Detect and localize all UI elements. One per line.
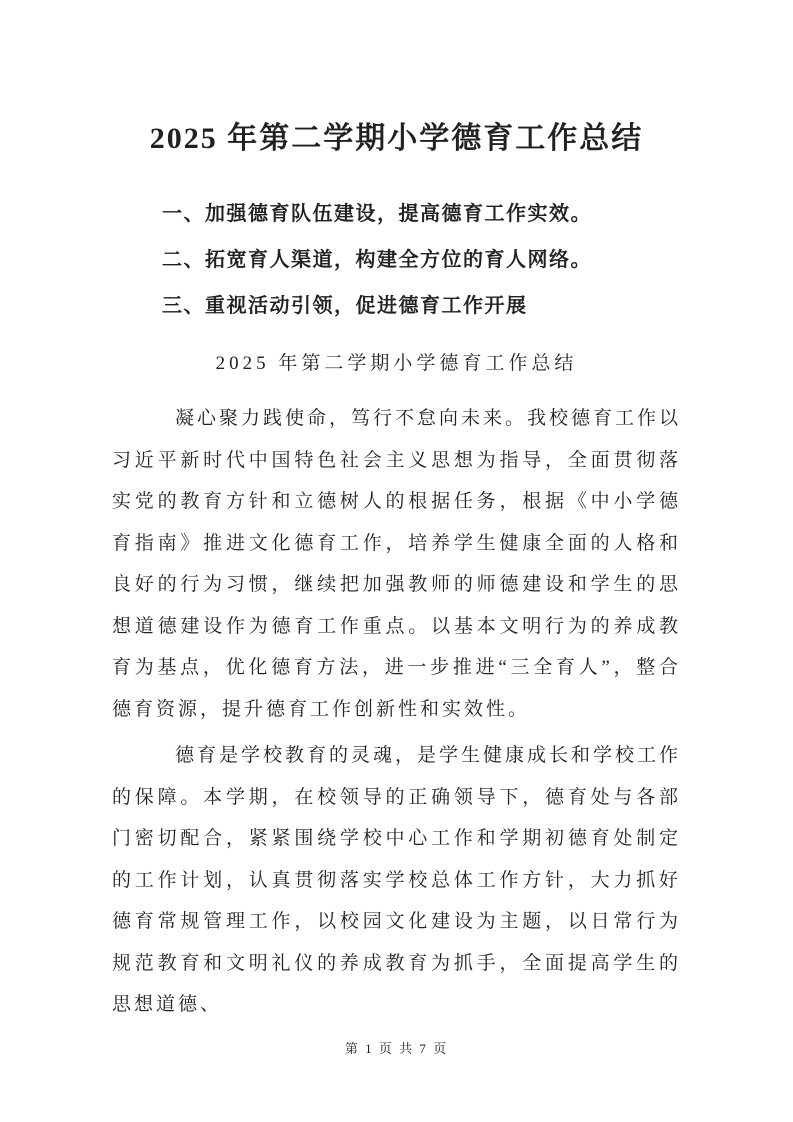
outline-item-3: 三、重视活动引领，促进德育工作开展 [112, 292, 681, 320]
page-footer: 第 1 页 共 7 页 [0, 1040, 793, 1058]
outline-item-2: 二、拓宽育人渠道，构建全方位的育人网络。 [112, 246, 681, 274]
outline-section: 一、加强德育队伍建设，提高德育工作实效。 二、拓宽育人渠道，构建全方位的育人网络… [112, 200, 681, 320]
document-title: 2025 年第二学期小学德育工作总结 [112, 118, 681, 160]
document-page: 2025 年第二学期小学德育工作总结 一、加强德育队伍建设，提高德育工作实效。 … [0, 0, 793, 1122]
document-body: 凝心聚力践使命，笃行不怠向未来。我校德育工作以习近平新时代中国特色社会主义思想为… [112, 398, 681, 1026]
body-paragraph-1: 凝心聚力践使命，笃行不怠向未来。我校德育工作以习近平新时代中国特色社会主义思想为… [112, 398, 681, 730]
outline-item-1: 一、加强德育队伍建设，提高德育工作实效。 [112, 200, 681, 228]
document-subtitle: 2025 年第二学期小学德育工作总结 [112, 350, 681, 377]
body-paragraph-2: 德育是学校教育的灵魂，是学生健康成长和学校工作的保障。本学期，在校领导的正确领导… [112, 735, 681, 1026]
